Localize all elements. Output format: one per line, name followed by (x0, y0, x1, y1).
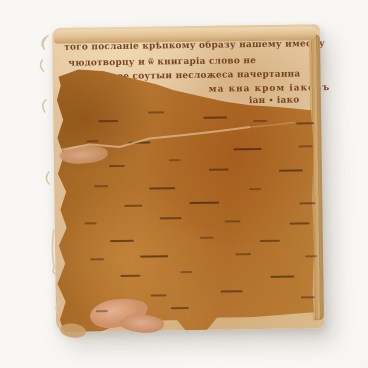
text-line-5: іан ∙ іако (249, 95, 300, 106)
text-line-2: чюдотворцу и ѿ книгаріа слово не (68, 55, 256, 69)
binding-threads (40, 36, 60, 313)
manuscript-book: того посланіе крѣпкому образу нашему име… (52, 24, 324, 332)
photo-background: того посланіе крѣпкому образу нашему име… (0, 0, 368, 368)
